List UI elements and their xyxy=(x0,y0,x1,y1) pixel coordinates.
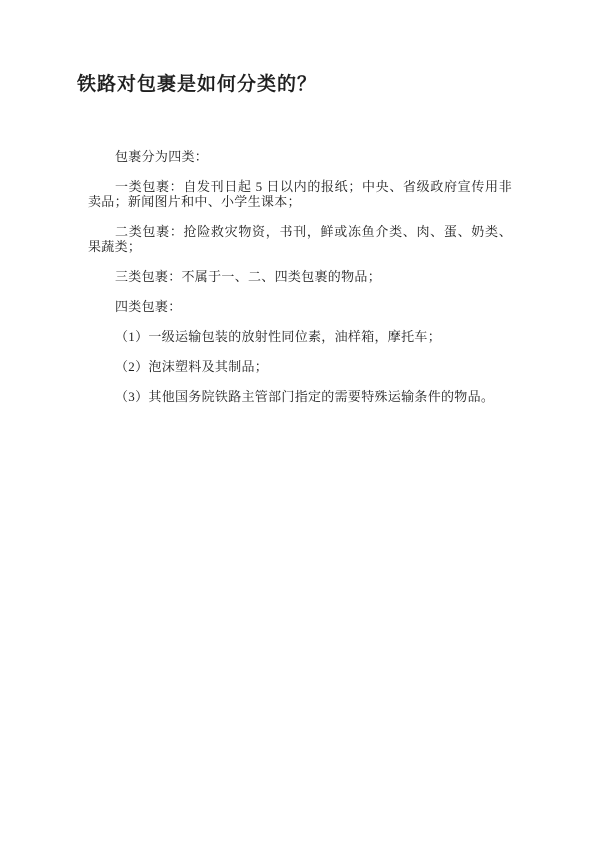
paragraph-class4-item3: （3）其他国务院铁路主管部门指定的需要特殊运输条件的物品。 xyxy=(88,389,512,404)
document-page: 铁路对包裹是如何分类的？ 包裹分为四类： 一类包裹：自发刊日起 5 日以内的报纸… xyxy=(0,0,595,842)
paragraph-class3: 三类包裹：不属于一、二、四类包裹的物品； xyxy=(88,269,512,284)
paragraph-class1: 一类包裹：自发刊日起 5 日以内的报纸；中央、省级政府宣传用非卖品；新闻图片和中… xyxy=(88,179,512,209)
page-title: 铁路对包裹是如何分类的？ xyxy=(77,73,595,96)
paragraph-class4-item1: （1）一级运输包装的放射性同位素，油样箱，摩托车； xyxy=(88,329,512,344)
document-body: 包裹分为四类： 一类包裹：自发刊日起 5 日以内的报纸；中央、省级政府宣传用非卖… xyxy=(88,149,512,404)
paragraph-class2: 二类包裹：抢险救灾物资，书刊，鲜或冻鱼介类、肉、蛋、奶类、果蔬类； xyxy=(88,224,512,254)
paragraph-class4-item2: （2）泡沫塑料及其制品； xyxy=(88,359,512,374)
paragraph-class4-heading: 四类包裹： xyxy=(88,299,512,314)
paragraph-intro: 包裹分为四类： xyxy=(88,149,512,164)
